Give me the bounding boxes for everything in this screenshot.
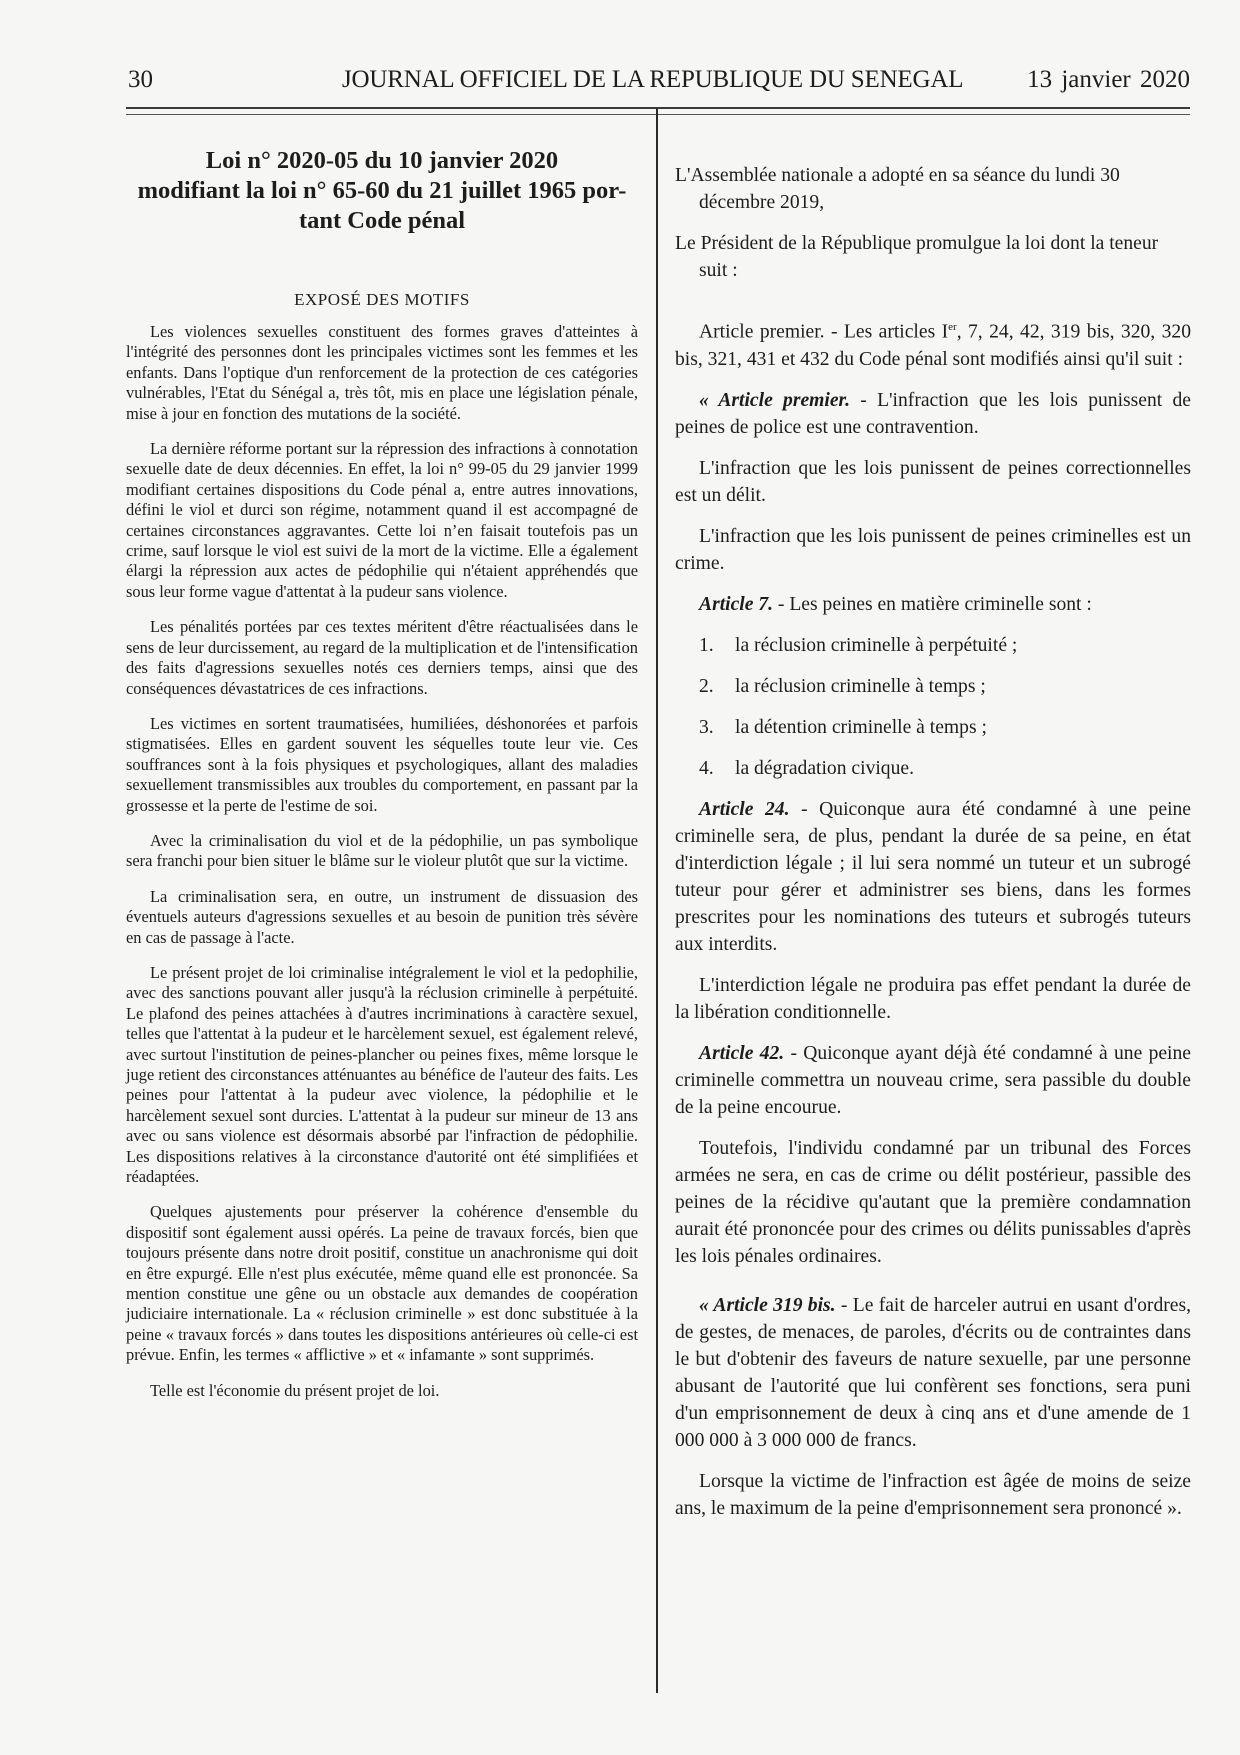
preamble-promulgation: Le Président de la République promulgue … <box>675 230 1191 284</box>
article-7: Article 7. - Les peines en matière crimi… <box>675 591 1191 618</box>
article-premier-intro: Article premier. - Les articles Ier, 7, … <box>675 314 1191 373</box>
law-title: Loi n° 2020-05 du 10 janvier 2020 modifi… <box>126 146 638 236</box>
law-title-line: modifiant la loi n° 65-60 du 21 juillet … <box>126 176 638 206</box>
article-label: Article 7. <box>699 594 773 615</box>
journal-title: JOURNAL OFFICIEL DE LA REPUBLIQUE DU SEN… <box>342 66 963 94</box>
article-42: Article 42. - Quiconque ayant déjà été c… <box>675 1040 1191 1121</box>
article-label: Article 42. <box>699 1043 784 1064</box>
right-column: L'Assemblée nationale a adopté en sa séa… <box>675 162 1191 1536</box>
motifs-paragraph: Avec la criminalisation du viol et de la… <box>126 831 638 872</box>
article-24-paragraph: L'interdiction légale ne produira pas ef… <box>675 972 1191 1026</box>
list-item: 1.la réclusion criminelle à perpétuité ; <box>699 632 1191 659</box>
law-title-line: Loi n° 2020-05 du 10 janvier 2020 <box>126 146 638 176</box>
article-label: « Article 319 bis. <box>699 1295 836 1316</box>
article-label: Article 24. <box>699 799 789 820</box>
motifs-paragraph: Telle est l'économie du présent projet d… <box>126 1381 638 1401</box>
article-24: Article 24. - Quiconque aura été condamn… <box>675 796 1191 958</box>
column-divider <box>656 108 658 1693</box>
section-heading: EXPOSÉ DES MOTIFS <box>126 290 638 310</box>
article-319-bis: « Article 319 bis. - Le fait de harceler… <box>675 1292 1191 1454</box>
article-1-paragraph: L'infraction que les lois punissent de p… <box>675 523 1191 577</box>
motifs-paragraph: La criminalisation sera, en outre, un in… <box>126 887 638 948</box>
motifs-paragraph: Les victimes en sortent traumatisées, hu… <box>126 714 638 816</box>
list-item: 4.la dégradation civique. <box>699 755 1191 782</box>
page-number: 30 <box>128 66 153 94</box>
preamble-adoption: L'Assemblée nationale a adopté en sa séa… <box>675 162 1191 216</box>
header-rule-bottom <box>126 114 1190 115</box>
article-1-paragraph: L'infraction que les lois punissent de p… <box>675 455 1191 509</box>
motifs-paragraph: Quelques ajustements pour préserver la c… <box>126 1202 638 1365</box>
page-header: 30 JOURNAL OFFICIEL DE LA REPUBLIQUE DU … <box>128 66 1190 106</box>
article-label: « Article premier. <box>699 390 850 411</box>
motifs-paragraph: Le présent projet de loi criminalise int… <box>126 963 638 1187</box>
left-column: Loi n° 2020-05 du 10 janvier 2020 modifi… <box>126 146 638 1416</box>
motifs-paragraph: La dernière réforme portant sur la répre… <box>126 439 638 602</box>
law-title-line: tant Code pénal <box>126 206 638 236</box>
article-319-bis-paragraph: Lorsque la victime de l'infraction est â… <box>675 1468 1191 1522</box>
journal-page: 30 JOURNAL OFFICIEL DE LA REPUBLIQUE DU … <box>0 0 1240 1755</box>
motifs-paragraph: Les violences sexuelles constituent des … <box>126 322 638 424</box>
article-42-paragraph: Toutefois, l'individu condamné par un tr… <box>675 1135 1191 1270</box>
motifs-paragraph: Les pénalités portées par ces textes mér… <box>126 617 638 699</box>
issue-date: 13 janvier 2020 <box>1027 66 1190 94</box>
header-rule-top <box>126 107 1190 109</box>
article-1: « Article premier. - L'infraction que le… <box>675 387 1191 441</box>
penalty-list: 1.la réclusion criminelle à perpétuité ;… <box>675 632 1191 782</box>
list-item: 2.la réclusion criminelle à temps ; <box>699 673 1191 700</box>
list-item: 3.la détention criminelle à temps ; <box>699 714 1191 741</box>
